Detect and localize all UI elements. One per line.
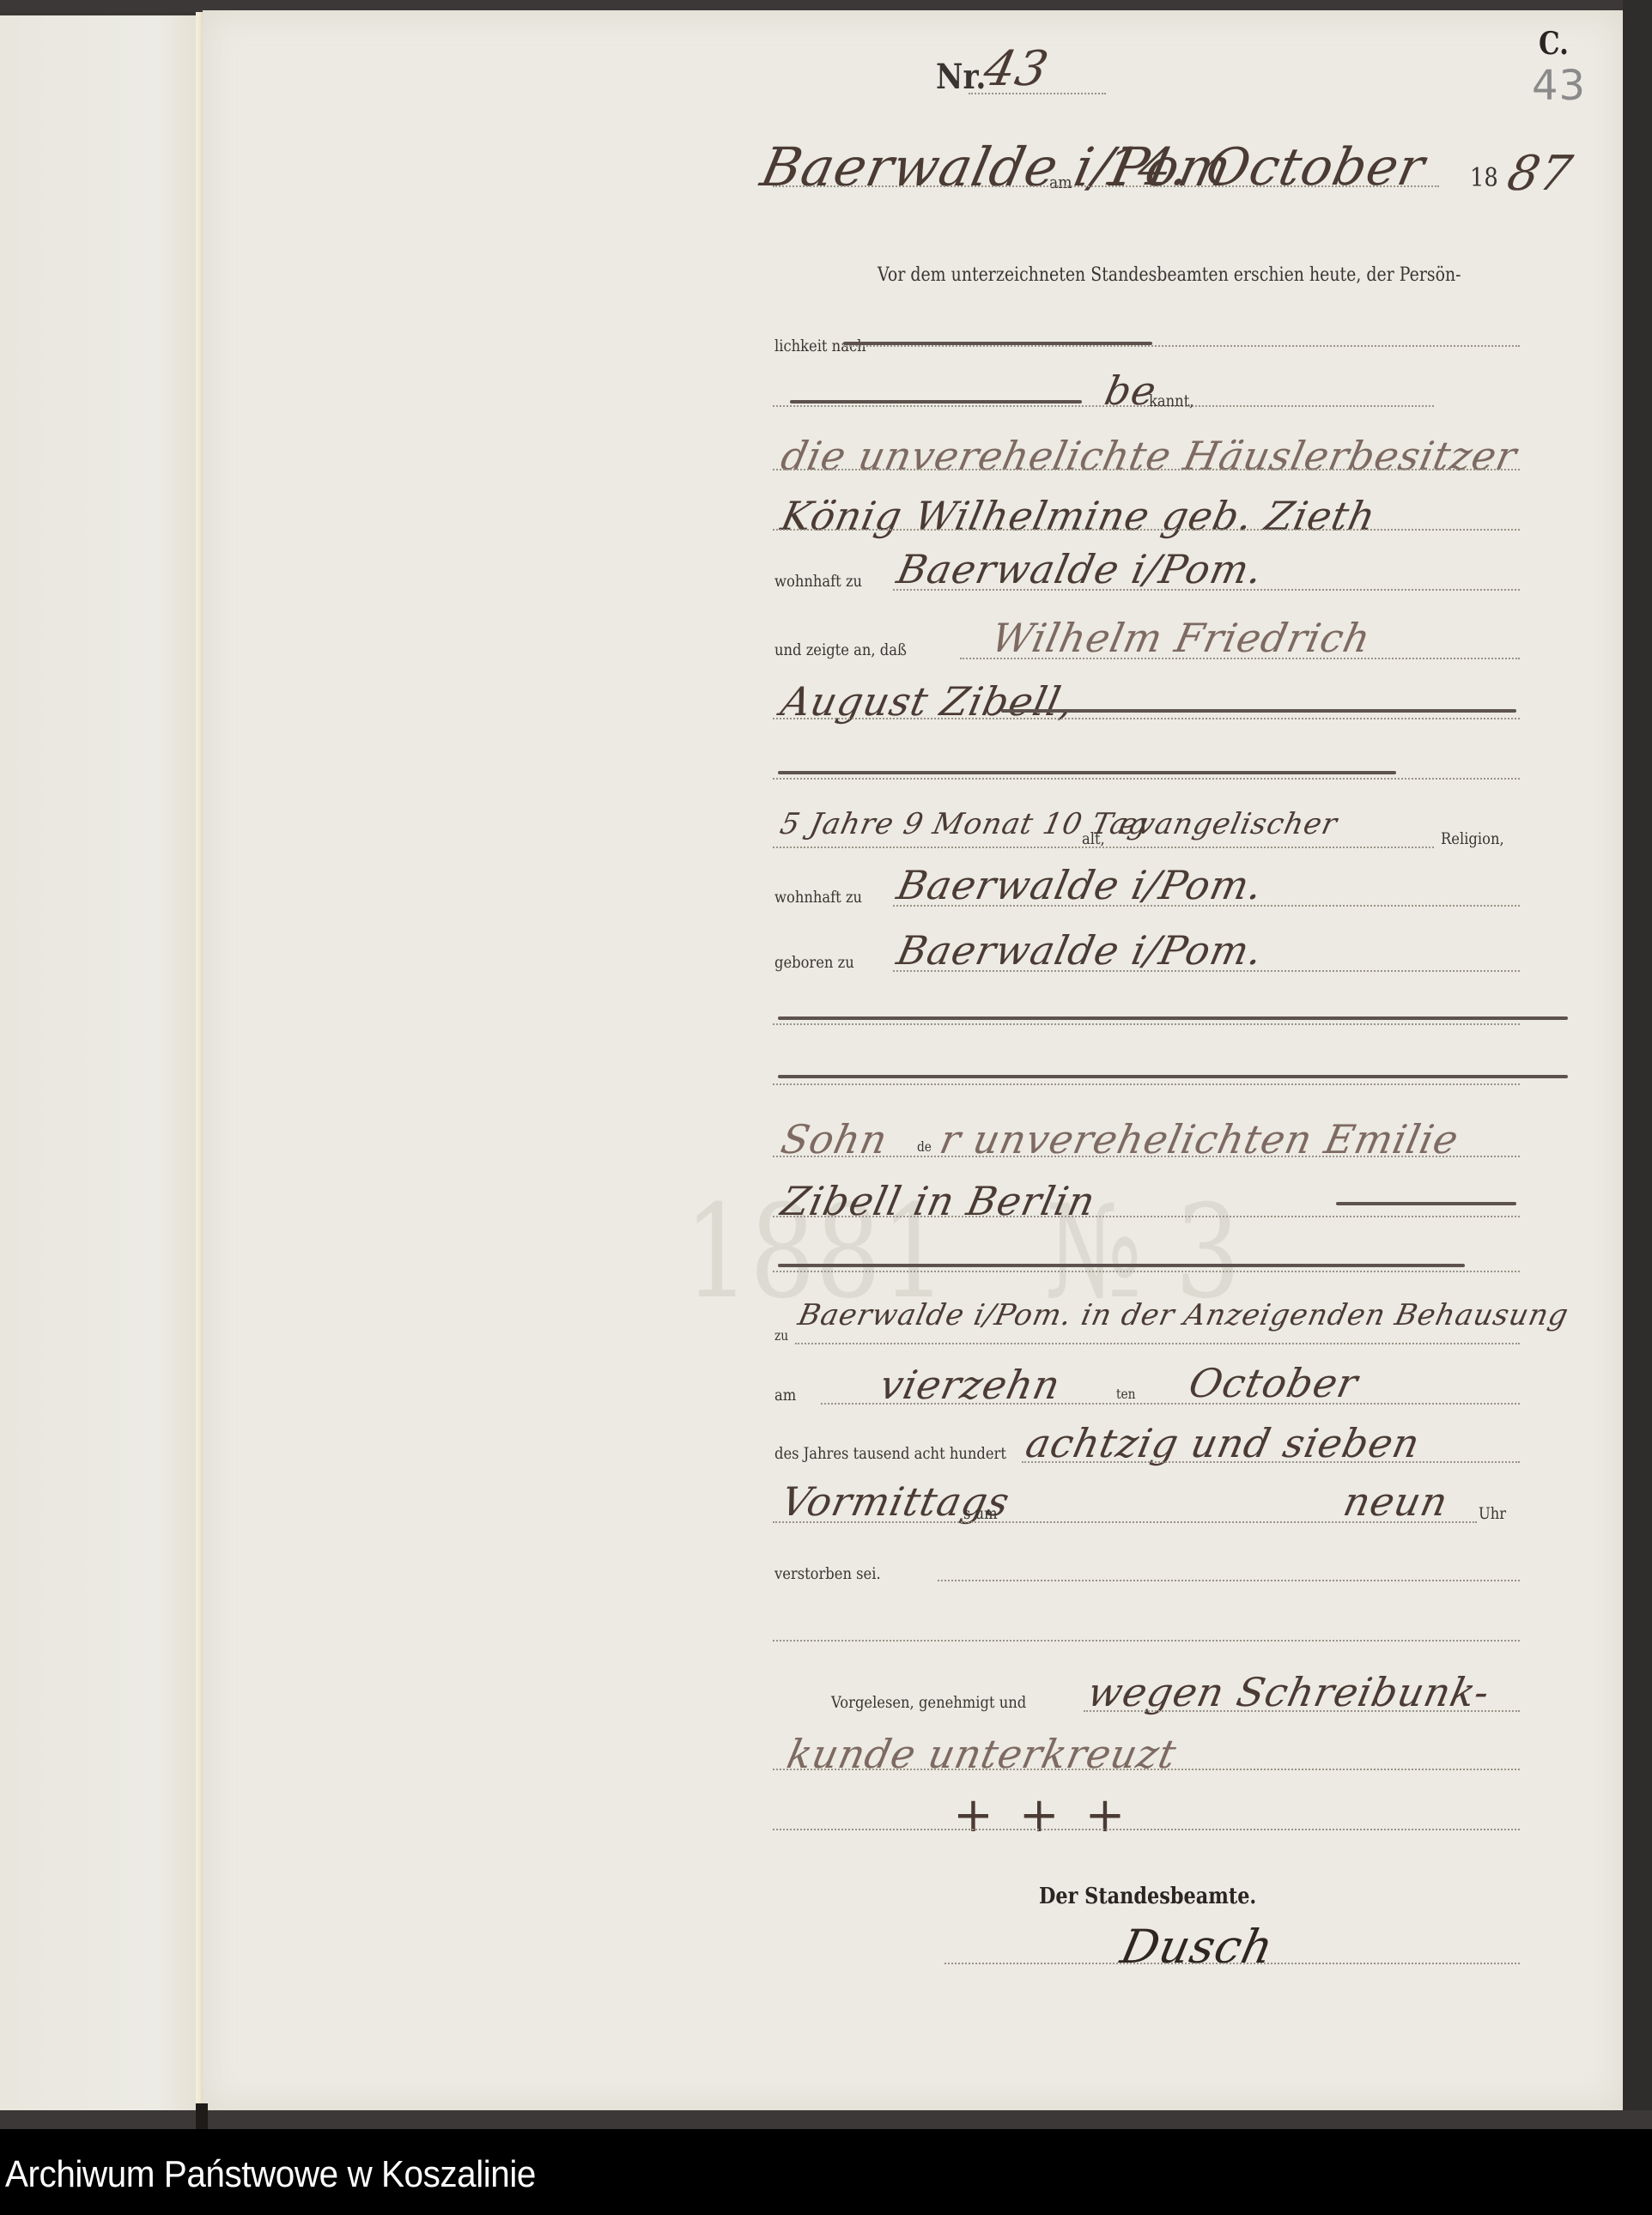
- book-right-edge: [1623, 0, 1652, 2129]
- field-line: [795, 1343, 1520, 1344]
- field-line: [1084, 1710, 1520, 1712]
- record-number-line: [969, 93, 1106, 94]
- viewer-footer: Archiwum Państwowe w Koszalinie: [0, 2129, 1652, 2215]
- informant-line-1: die unverehelichte Häuslerbesitzer: [777, 433, 1521, 479]
- wohnhaft-value-2: Baerwalde i/Pom.: [893, 862, 1267, 908]
- zeigte-an-label: und zeigte an, daß: [774, 640, 907, 659]
- death-place: Baerwalde i/Pom. in der Anzeigenden Beha…: [795, 1298, 1572, 1332]
- field-line: [773, 718, 1520, 719]
- field-line: [773, 1023, 1520, 1025]
- field-line: [773, 1156, 1520, 1157]
- archive-caption: Archiwum Państwowe w Koszalinie: [5, 2153, 536, 2196]
- vorgelesen-label: Vorgelesen, genehmigt und: [831, 1693, 1026, 1712]
- field-line: [821, 1403, 1520, 1405]
- field-line: [773, 1829, 1520, 1830]
- religion-value: evangelischer: [1116, 807, 1340, 841]
- corner-pencil-number: 43: [1532, 62, 1586, 110]
- strike-line: [790, 400, 1082, 404]
- field-line: [773, 1271, 1520, 1272]
- field-line: [773, 1769, 1520, 1770]
- wohnhaft-value-1: Baerwalde i/Pom.: [893, 546, 1267, 592]
- scan-background: 1881 № 3 C. 43 Nr. 43 Baerwalde i/Pom am…: [0, 0, 1652, 2129]
- death-month: October: [1185, 1360, 1363, 1406]
- field-line: [938, 1580, 1520, 1581]
- field-line: [893, 589, 1520, 591]
- record-am-label: am: [1049, 172, 1072, 192]
- binding-tear: [196, 2103, 208, 2129]
- geboren-value: Baerwalde i/Pom.: [893, 927, 1267, 974]
- alt-label: alt,: [1082, 829, 1105, 848]
- record-year-suffix: 87: [1503, 146, 1577, 202]
- field-line: [960, 658, 1520, 659]
- field-line: [1022, 1461, 1520, 1463]
- strike-line: [1336, 1202, 1516, 1205]
- record-number-label: Nr.: [936, 57, 986, 97]
- field-line: [773, 778, 1520, 780]
- strike-line: [778, 1016, 1568, 1020]
- field-line: [773, 469, 1520, 470]
- strike-line: [778, 771, 1396, 774]
- field-line: [773, 1521, 1477, 1523]
- field-line: [893, 905, 1520, 907]
- informant-line-2: König Wilhelmine geb. Zieth: [777, 493, 1380, 539]
- corner-mark: C.: [1539, 26, 1569, 62]
- record-year-prefix: 18: [1470, 163, 1498, 193]
- field-line: [773, 529, 1520, 531]
- intro-line: Vor dem unterzeichneten Standesbeamten e…: [878, 264, 1461, 286]
- official-signature: Dusch: [1116, 1920, 1278, 1974]
- wohnhaft-label-2: wohnhaft zu: [774, 888, 862, 907]
- jahres-label: des Jahres tausend acht hundert: [774, 1444, 1006, 1463]
- strike-line: [778, 1075, 1568, 1078]
- religion-label: Religion,: [1441, 829, 1504, 848]
- witness-marks: + + +: [953, 1787, 1130, 1843]
- ten-label: ten: [1116, 1386, 1136, 1402]
- place-date-line: [773, 185, 1439, 187]
- signature-line: [944, 1963, 1520, 1964]
- official-title: Der Standesbeamte.: [1039, 1884, 1256, 1909]
- uhr-label: Uhr: [1479, 1504, 1506, 1523]
- wohnhaft-label-1: wohnhaft zu: [774, 572, 862, 591]
- field-line: [773, 1640, 1520, 1642]
- strike-line: [778, 1264, 1465, 1267]
- death-hour: neun: [1339, 1478, 1453, 1525]
- death-day: vierzehn: [876, 1362, 1065, 1408]
- parents-de-label: de: [917, 1138, 932, 1155]
- bekannt-label: kannt,: [1149, 391, 1193, 410]
- closing-line-1: wegen Schreibunk-: [1084, 1669, 1494, 1715]
- deceased-line-1: Wilhelm Friedrich: [987, 615, 1376, 661]
- field-line: [893, 970, 1520, 972]
- field-line: [843, 345, 1520, 347]
- book-bottom-edge: [0, 2110, 1652, 2129]
- verstorben-label: verstorben sei.: [774, 1564, 881, 1583]
- am-label: am: [774, 1386, 796, 1405]
- zu-label: zu: [774, 1327, 788, 1344]
- um-label: s um: [963, 1504, 998, 1523]
- field-line: [773, 847, 1434, 848]
- left-page: [0, 15, 197, 2110]
- record-date: 14. October: [1099, 137, 1430, 197]
- right-page: 1881 № 3: [203, 10, 1623, 2110]
- strike-line: [1001, 709, 1516, 713]
- geboren-label: geboren zu: [774, 953, 854, 972]
- record-number-value: 43: [979, 41, 1054, 97]
- field-line: [773, 1083, 1520, 1085]
- field-line: [773, 1216, 1520, 1217]
- death-year-words: achtzig und sieben: [1022, 1420, 1424, 1466]
